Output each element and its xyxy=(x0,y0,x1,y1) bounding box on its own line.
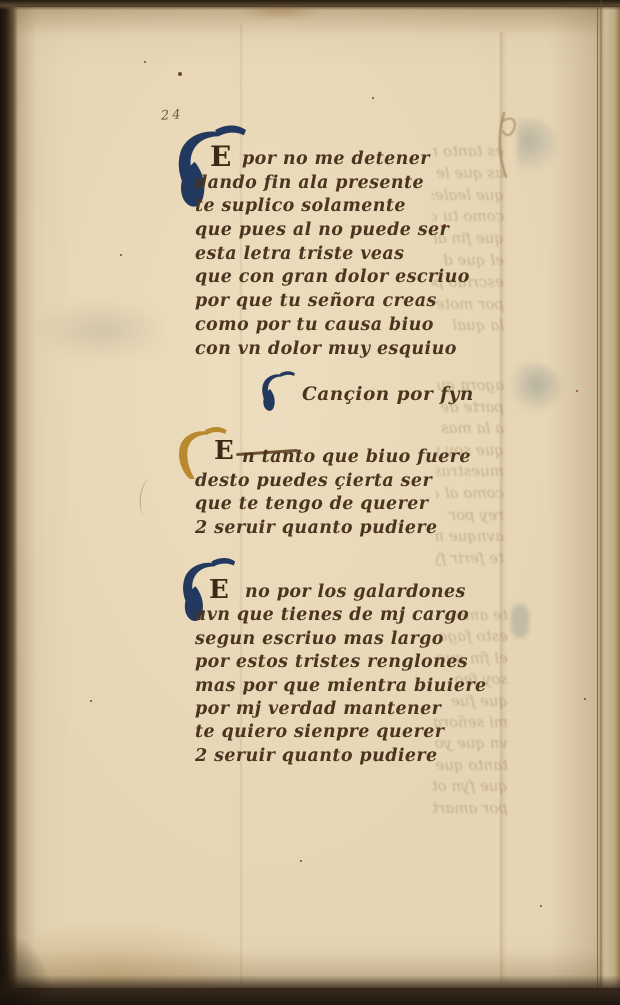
stanza: no por los galardonesavn que tienes de m… xyxy=(195,581,487,768)
verse-line: no por los galardones xyxy=(195,581,487,604)
verse-line: dando fin ala presente xyxy=(195,172,470,196)
binding-edge xyxy=(0,0,18,1005)
section-heading: Cançion por fyn xyxy=(302,384,474,405)
verse-line: por no me detener xyxy=(195,148,470,172)
showthrough-line: que fyn otro quisy xyxy=(432,776,508,797)
paraph-mark-icon xyxy=(256,369,296,415)
verse-line: te quiero sienpre querer xyxy=(195,721,487,744)
verse-line: desto puedes çierta ser xyxy=(195,470,471,494)
verse-line: que te tengo de querer xyxy=(195,493,471,517)
manuscript-photo: 24 es tanto mequisoas que le solque leal… xyxy=(0,0,620,1005)
verse-line: con vn dolor muy esquiuo xyxy=(195,338,470,362)
showthrough-initial-smudge xyxy=(511,604,529,638)
verse-line: n tanto que biuo fuere xyxy=(195,446,471,470)
binding-corner-shadow xyxy=(0,930,55,1005)
verse-line: como por tu causa biuo xyxy=(195,314,470,338)
parchment-page: 24 es tanto mequisoas que le solque leal… xyxy=(12,7,620,988)
showthrough-line: a la mas de mi fecho xyxy=(436,418,504,440)
page-stack-crease xyxy=(600,0,602,1005)
showthrough-initial-smudge xyxy=(517,119,557,175)
showthrough-line: por amarte quando xyxy=(432,798,508,819)
scratch-mark xyxy=(138,478,158,516)
verse-line: por mj verdad mantener xyxy=(195,698,487,721)
verse-line: te suplico solamente xyxy=(195,195,470,219)
verse-line: esta letra triste veas xyxy=(195,243,470,267)
verse-line: por que tu señora creas xyxy=(195,290,470,314)
gray-wisp-smudge xyxy=(34,299,169,361)
stanza: por no me detenerdando fin ala presentet… xyxy=(195,148,470,361)
showthrough-line: te ferir fyn xyxy=(436,548,504,570)
showthrough-initial-smudge xyxy=(506,363,562,411)
verse-line: que pues al no puede ser xyxy=(195,219,470,243)
verse-line: por estos tristes renglones xyxy=(195,651,487,674)
verse-line: avn que tienes de mj cargo xyxy=(195,604,487,627)
top-book-edge xyxy=(0,0,620,10)
stanza: n tanto que biuo fueredesto puedes çiert… xyxy=(195,446,471,540)
bottom-book-edge xyxy=(0,975,620,1005)
quire-hook-mark-icon xyxy=(494,111,516,181)
verse-line: mas por que mientra biuiere xyxy=(195,675,487,698)
verse-line: que con gran dolor escriuo xyxy=(195,266,470,290)
verse-line: 2 seruir quanto pudiere xyxy=(195,745,487,768)
verse-line: 2 seruir quanto pudiere xyxy=(195,517,471,541)
verse-line: segun escriuo mas largo xyxy=(195,628,487,651)
